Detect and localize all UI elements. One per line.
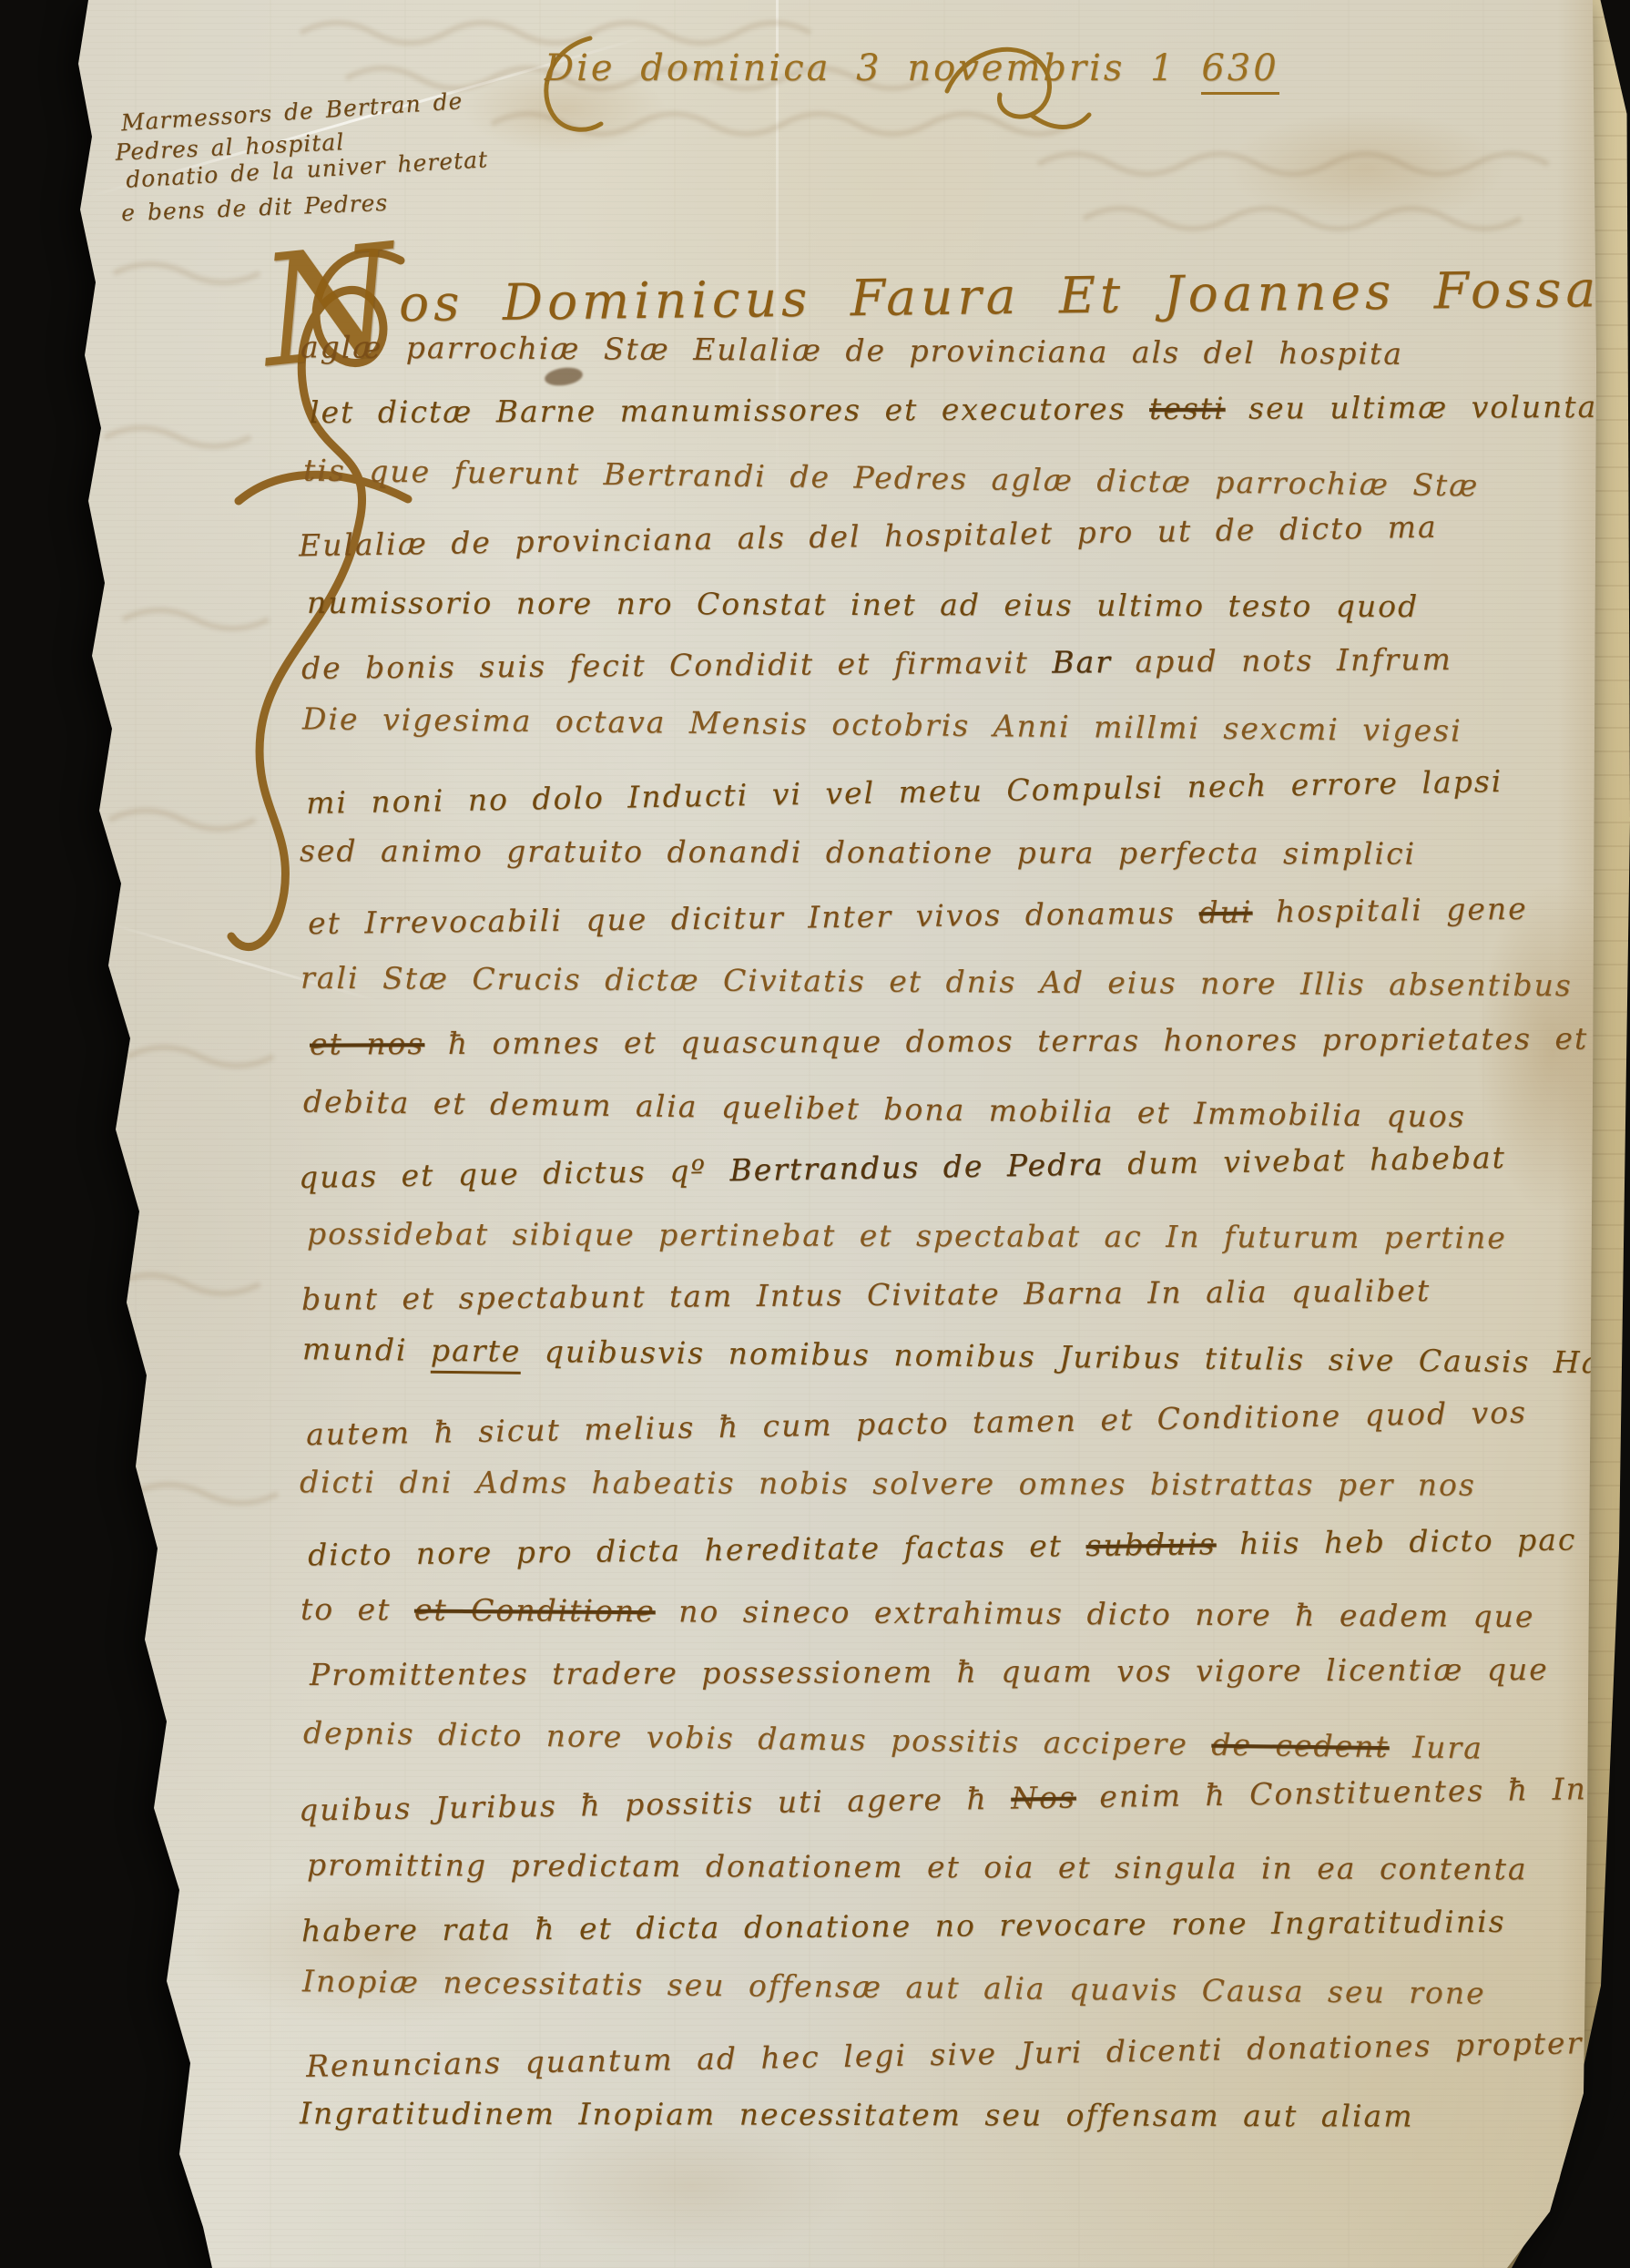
manuscript-line: Renuncians quantum ad hec legi sive Juri… [306, 2026, 1584, 2085]
manuscript-line: promitting predictam donationem et oia e… [307, 1847, 1528, 1887]
manuscript-line: os Dominicus Faura Et Joannes Fossas [399, 260, 1630, 333]
manuscript-line: let dictæ Barne manumissores et executor… [310, 389, 1597, 430]
manuscript-line: tis que fuerunt Bertrandi de Pedres aglæ… [303, 452, 1480, 503]
manuscript-line: dicto nore pro dicta hereditate factas e… [308, 1521, 1577, 1572]
manuscript-line: quas et que dictus qº Bertrandus de Pedr… [299, 1139, 1506, 1195]
manuscript-line: mundi parte quibusvis nomibus nomibus Ju… [302, 1331, 1630, 1380]
manuscript-line: Ingratitudinem Inopiam necessitatem seu … [300, 2095, 1414, 2133]
manuscript-line: quibus Juribus ħ possitis uti agere ħ No… [299, 1769, 1630, 1827]
manuscript-line: dicti dni Adms habeatis nobis solvere om… [300, 1464, 1476, 1502]
manuscript-line: Die vigesima octava Mensis octobris Anni… [302, 700, 1462, 748]
manuscript-line: numissorio nore nro Constat inet ad eius… [307, 585, 1419, 624]
manuscript-body: os Dominicus Faura Et Joannes Fossasaglæ… [0, 0, 1630, 2268]
manuscript-line: et Irrevocabili que dicitur Inter vivos … [308, 891, 1528, 941]
manuscript-line: mi noni no dolo Inducti vi vel metu Comp… [306, 763, 1503, 821]
manuscript-line: debita et demum alia quelibet bona mobil… [303, 1083, 1466, 1134]
manuscript-line: depnis dicto nore vobis damus possitis a… [303, 1714, 1483, 1765]
manuscript-line: Promittentes tradere possessionem ħ quam… [310, 1651, 1549, 1692]
manuscript-line: to et et Conditione no sineco extrahimus… [301, 1591, 1535, 1634]
manuscript-line: habere rata ħ et dicta donatione no revo… [301, 1904, 1506, 1948]
manuscript-paper: Die dominica 3 novembris 1 630 Marmessor… [0, 0, 1630, 2268]
manuscript-line: Inopiæ necessitatis seu offensæ aut alia… [302, 1963, 1486, 2011]
manuscript-photo: Die dominica 3 novembris 1 630 Marmessor… [0, 0, 1630, 2268]
manuscript-line: rali Stæ Crucis dictæ Civitatis et dnis … [301, 959, 1573, 1003]
manuscript-line: Eulaliæ de provinciana als del hospitale… [299, 509, 1438, 564]
manuscript-line: aglæ parrochiæ Stæ Eulaliæ de provincian… [301, 329, 1403, 371]
manuscript-line: et nos ħ omnes et quascunque domos terra… [310, 1019, 1630, 1061]
manuscript-line: sed animo gratuito donandi donatione pur… [300, 833, 1416, 871]
paper-speck [114, 2186, 130, 2200]
manuscript-line: autem ħ sicut melius ħ cum pacto tamen e… [306, 1395, 1528, 1453]
manuscript-line: bunt et spectabunt tam Intus Civitate Ba… [301, 1273, 1431, 1318]
manuscript-line: de bonis suis fecit Condidit et firmavit… [301, 641, 1452, 686]
paper-wrap: Die dominica 3 novembris 1 630 Marmessor… [0, 0, 1630, 2268]
manuscript-line: possidebat sibique pertinebat et spectab… [307, 1216, 1507, 1256]
paper-speck [131, 2202, 138, 2206]
